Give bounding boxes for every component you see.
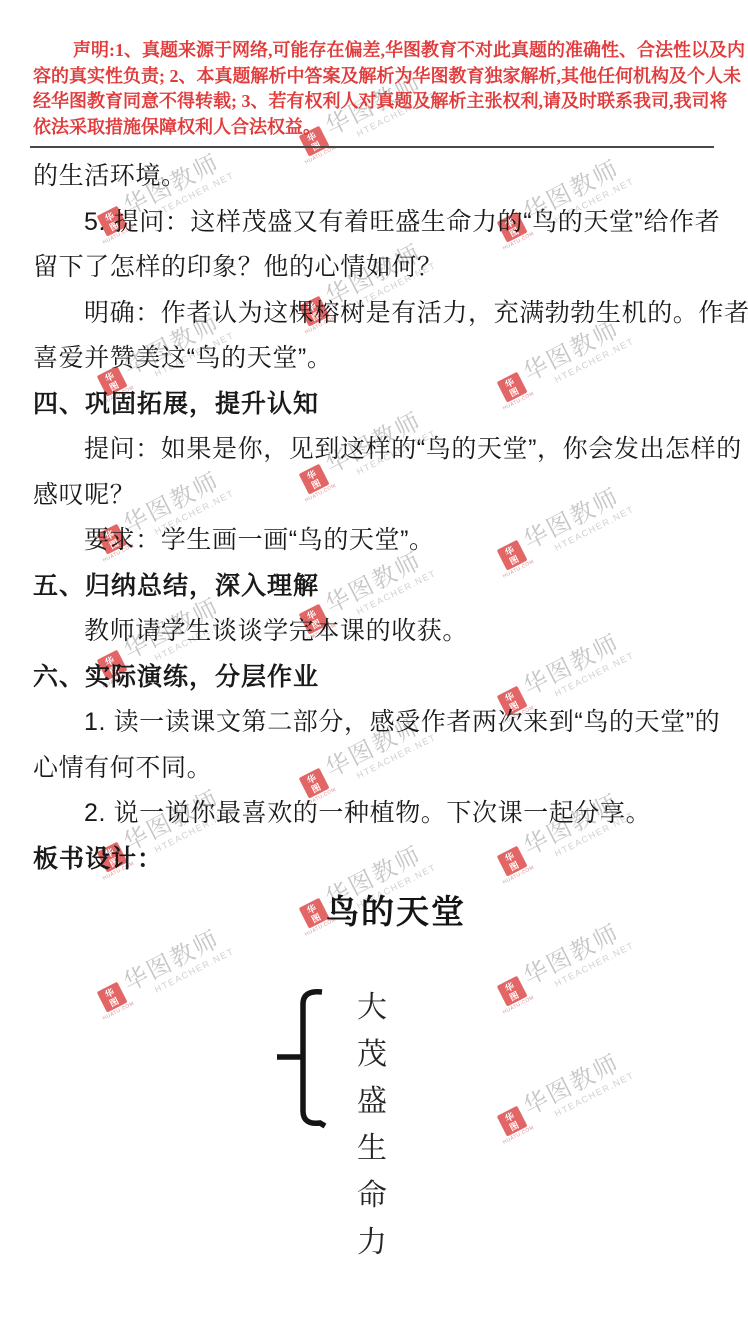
board-design-title: 鸟的天堂: [44, 886, 748, 933]
text-line: 提问：如果是你，见到这样的“鸟的天堂”，你会发出怎样的: [33, 427, 723, 473]
separator-line: [30, 146, 714, 148]
text-line: 1. 读一读课文第二部分，感受作者两次来到“鸟的天堂”的: [33, 700, 723, 746]
text-line: 明确：作者认为这棵榕树是有活力，充满勃勃生机的。作者: [33, 291, 723, 337]
text-line: 喜爱并赞美这“鸟的天堂”。: [33, 336, 723, 382]
text-line: 心情有何不同。: [33, 746, 723, 792]
section-heading: 五、归纳总结，深入理解: [33, 564, 723, 610]
text-line: 要求：学生画一画“鸟的天堂”。: [33, 518, 723, 564]
board-item: 大: [357, 984, 388, 1031]
text-line: 2. 说一说你最喜欢的一种植物。下次课一起分享。: [33, 791, 723, 837]
section-heading: 六、实际演练，分层作业: [33, 655, 723, 701]
section-heading: 四、巩固拓展，提升认知: [33, 382, 723, 428]
board-item: 生命力: [357, 1125, 388, 1266]
document-page: 华 图 HUATU.COM 华图教师 HTEACHER.NET 华 图: [0, 0, 748, 1335]
board-items-list: 大 茂盛 生命力: [357, 984, 388, 1266]
text-line: 感叹呢？: [33, 473, 723, 519]
text-line: 留下了怎样的印象？他的心情如何？: [33, 245, 723, 291]
lesson-plan-body: 的生活环境。 5. 提问：这样茂盛又有着旺盛生命力的“鸟的天堂”给作者 留下了怎…: [33, 154, 723, 882]
disclaimer-line: 经华图教育同意不得转载; 3、若有权利人对真题及解析主张权利,请及时联系我司,我…: [33, 89, 717, 115]
bracket-icon: [270, 983, 332, 1135]
text-line: 的生活环境。: [33, 154, 723, 200]
disclaimer-prefix: 声明:: [73, 40, 115, 60]
disclaimer-line: 依法采取措施保障权利人合法权益。: [33, 115, 717, 141]
text-line: 教师请学生谈谈学完本课的收获。: [33, 609, 723, 655]
disclaimer-line: 声明:1、真题来源于网络,可能存在偏差,华图教育不对此真题的准确性、合法性以及内: [33, 38, 717, 64]
text-line: 5. 提问：这样茂盛又有着旺盛生命力的“鸟的天堂”给作者: [33, 200, 723, 246]
disclaimer-line: 容的真实性负责; 2、本真题解析中答案及解析为华图教育独家解析,其他任何机构及个…: [33, 64, 717, 90]
board-item: 茂盛: [357, 1031, 388, 1125]
board-design-label: 板书设计：: [33, 837, 723, 883]
disclaimer: 声明:1、真题来源于网络,可能存在偏差,华图教育不对此真题的准确性、合法性以及内…: [33, 38, 717, 140]
